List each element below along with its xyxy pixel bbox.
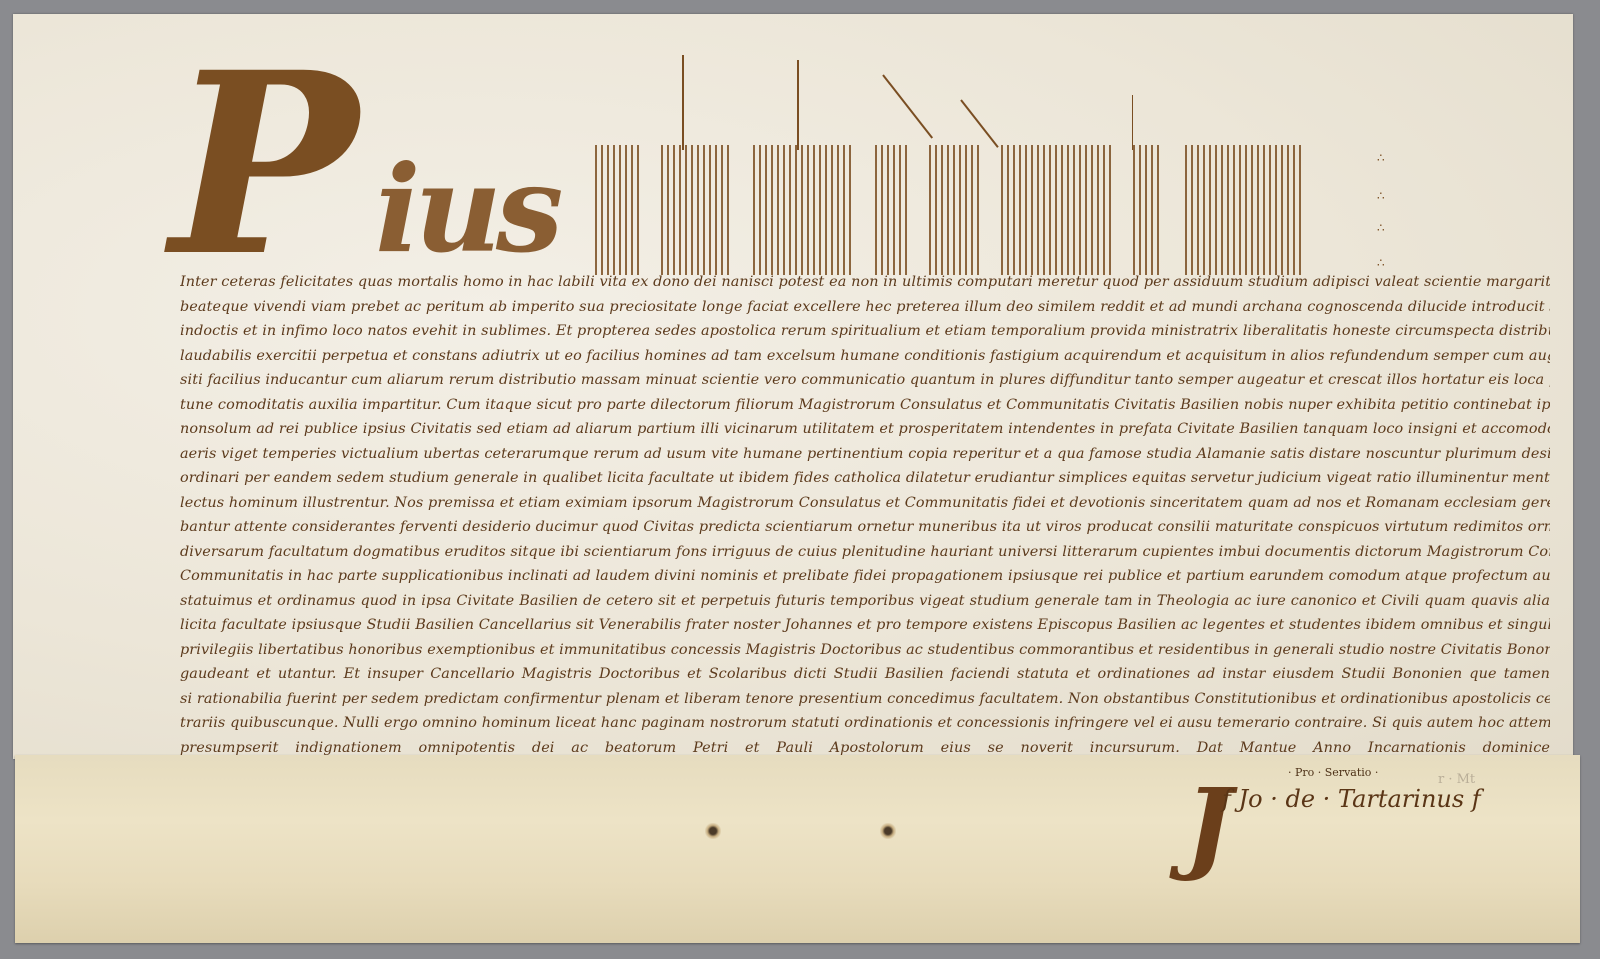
scribe-signature: f Jo · de · Tartarinus f [1222, 785, 1481, 813]
elongated-letters-header [595, 145, 1301, 275]
elongated-word [1185, 145, 1301, 275]
punctuation-dots: ∴ [1377, 257, 1385, 269]
header-first-word-rest: ius [375, 150, 557, 270]
text-line: lectus hominum illustrentur. Nos premiss… [180, 491, 1550, 516]
text-line: si rationabilia fuerint per sedem predic… [180, 687, 1550, 712]
elongated-word [875, 145, 907, 275]
punctuation-dots: ∴ [1377, 190, 1385, 202]
text-line: licita facultate ipsiusque Studii Basili… [180, 613, 1550, 638]
ascender-flourish [797, 60, 799, 150]
elongated-word [929, 145, 979, 275]
scribe-note: · Pro · Servatio · [1288, 766, 1378, 779]
text-line: Inter ceteras felicitates quas mortalis … [180, 270, 1550, 295]
text-line: siti facilius inducantur cum aliarum rer… [180, 368, 1550, 393]
ascender-flourish [682, 55, 684, 150]
text-line: ordinari per eandem sedem studium genera… [180, 466, 1550, 491]
text-line: beateque vivendi viam prebet ac peritum … [180, 295, 1550, 320]
elongated-word [595, 145, 639, 275]
faint-mark: r · Mt [1438, 772, 1475, 787]
text-line: statuimus et ordinamus quod in ipsa Civi… [180, 589, 1550, 614]
punctuation-dots: ∴ [1377, 152, 1385, 164]
text-line: privilegiis libertatibus honoribus exemp… [180, 638, 1550, 663]
text-line: laudabilis exercitii perpetua et constan… [180, 344, 1550, 369]
plica-fold [15, 755, 1580, 943]
punctuation-dots: ∴ [1377, 222, 1385, 234]
elongated-word [1133, 145, 1163, 275]
ascender-stroke [1132, 95, 1133, 150]
elongated-word [753, 145, 853, 275]
text-line: indoctis et in infimo loco natos evehit … [180, 319, 1550, 344]
seal-cord-hole [705, 823, 721, 839]
text-line: gaudeant et utantur. Et insuper Cancella… [180, 662, 1550, 687]
text-line: trariis quibuscunque. Nulli ergo omnino … [180, 711, 1550, 736]
decorated-initial-p: P [170, 52, 380, 277]
body-text: Inter ceteras felicitates quas mortalis … [180, 270, 1550, 785]
text-line: Communitatis in hac parte supplicationib… [180, 564, 1550, 589]
text-line: diversarum facultatum dogmatibus erudito… [180, 540, 1550, 565]
text-line: bantur attente considerantes ferventi de… [180, 515, 1550, 540]
elongated-word [661, 145, 731, 275]
seal-cord-hole [880, 823, 896, 839]
elongated-word [1001, 145, 1111, 275]
text-line: nonsolum ad rei publice ipsius Civitatis… [180, 417, 1550, 442]
text-line: aeris viget temperies victualium ubertas… [180, 442, 1550, 467]
text-line: tune comoditatis auxilia impartitur. Cum… [180, 393, 1550, 418]
